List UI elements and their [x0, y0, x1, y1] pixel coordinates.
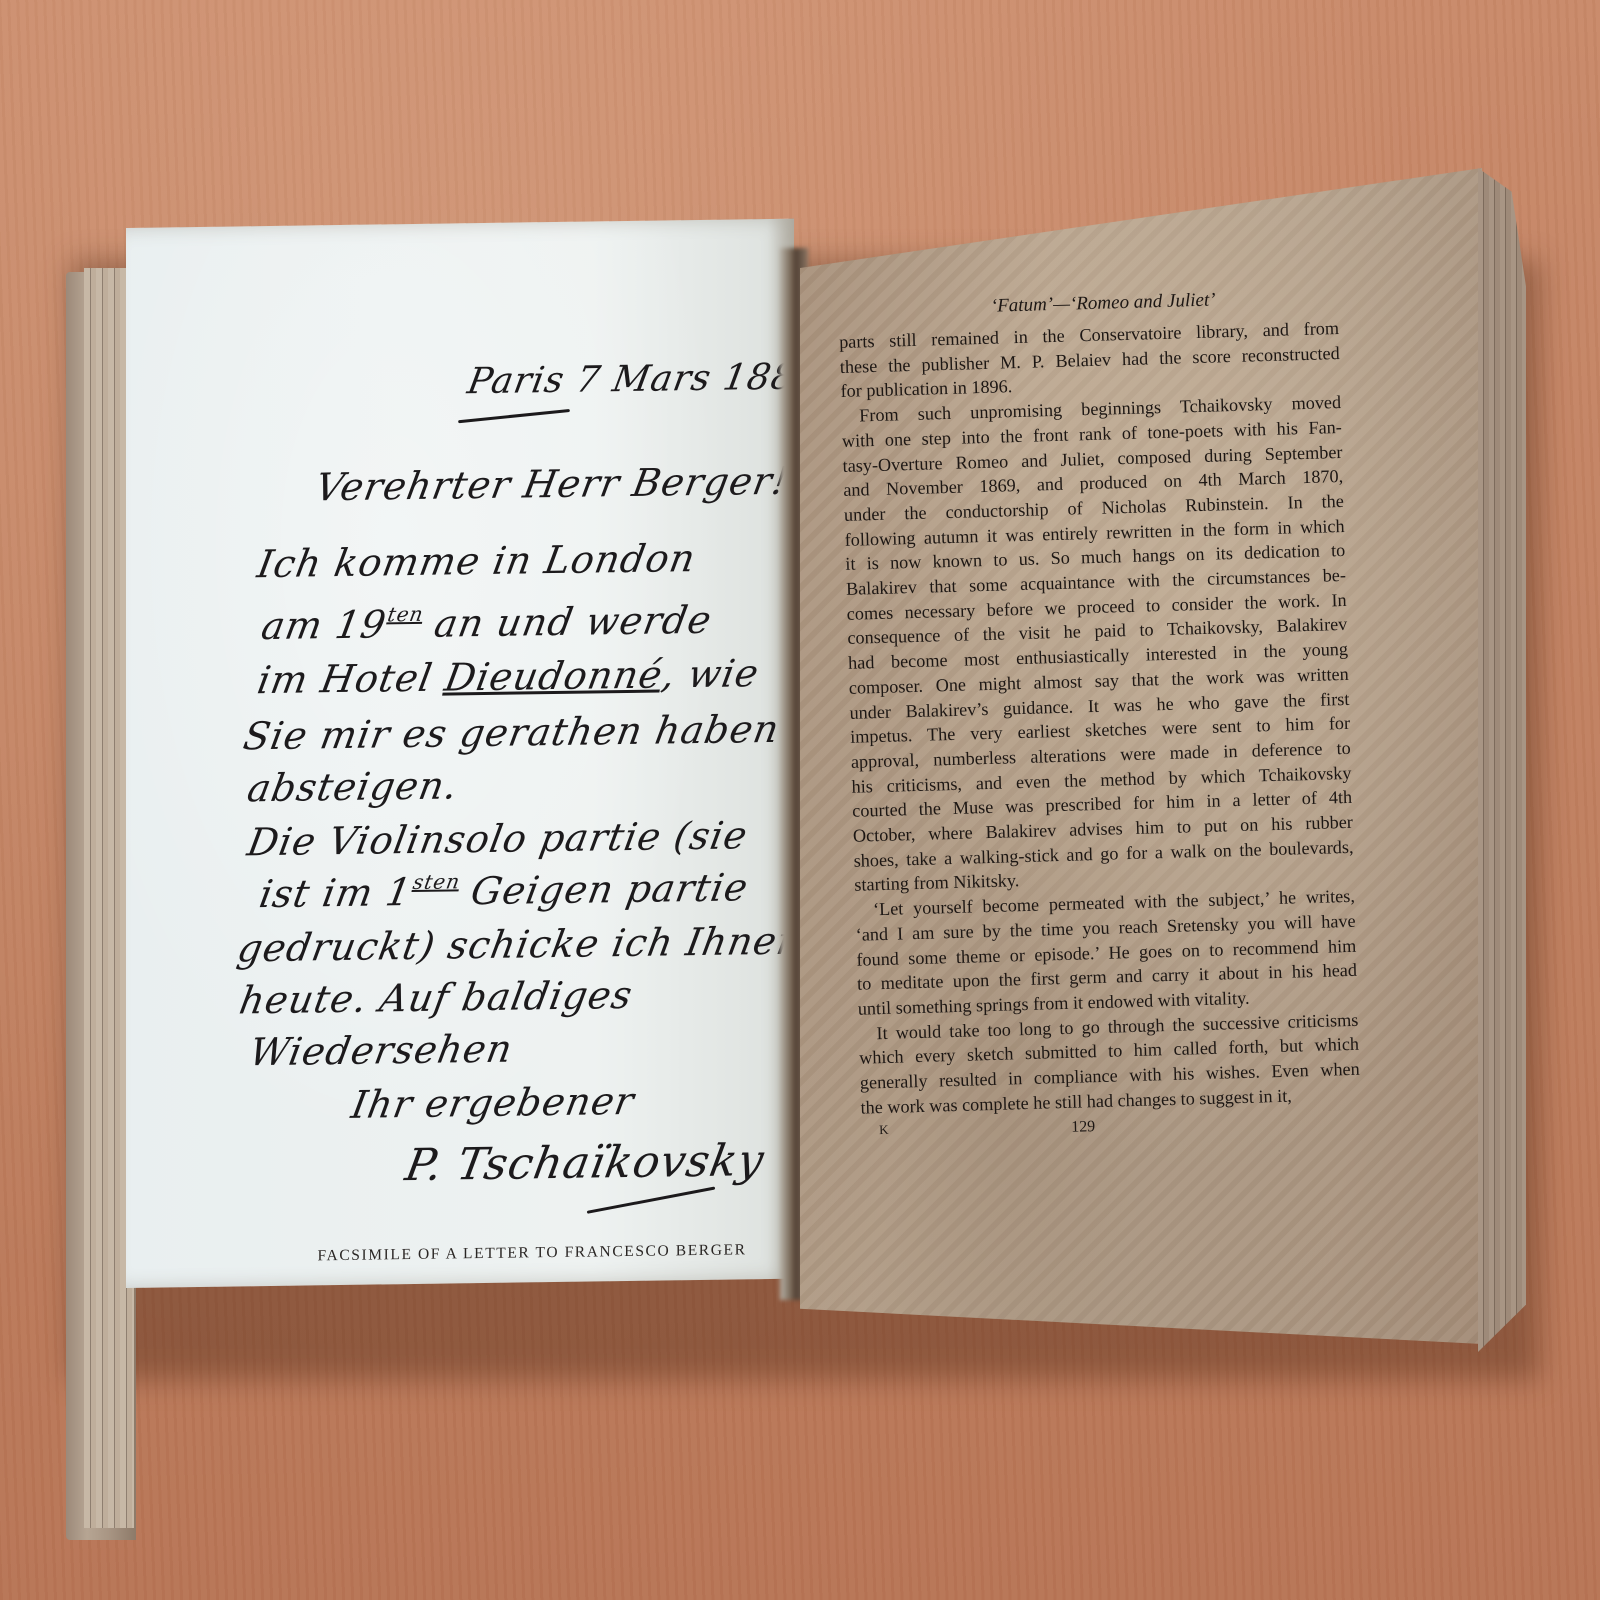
letter-line: am 19ten an und werde	[258, 598, 715, 648]
letter-line: Die Violinsolo partie (sie	[244, 813, 751, 864]
letter-line: Sie mir es gerathen haben	[240, 707, 783, 759]
letter-line: absteigen.	[244, 763, 462, 810]
body-paragraphs: parts still remained in the Conservatoir…	[839, 316, 1361, 1120]
paragraph: From such unpromising beginnings Tchaiko…	[841, 390, 1355, 898]
page-edges-right	[1478, 168, 1526, 1352]
letter-salutation: Verehrter Herr Berger!	[312, 459, 792, 510]
letter-line: Ich komme in London	[254, 536, 699, 586]
printer-signature-mark: K	[879, 1121, 889, 1137]
left-page-facsimile: Paris 7 Mars 1888 Verehrter Herr Berger!…	[126, 219, 794, 1288]
paragraph: It would take too long to go through the…	[858, 1007, 1361, 1120]
paragraph: ‘Let yourself become permeated with the …	[855, 884, 1358, 1021]
letter-line: ist im 1sten Geigen partie	[256, 865, 752, 916]
letter-signature: P. Tschaïkovsky	[402, 1135, 769, 1191]
letter-line: Wiedersehen	[246, 1027, 516, 1075]
letter-line: im Hotel Dieudonné, wie	[254, 651, 763, 702]
facsimile-caption: FACSIMILE OF A LETTER TO FRANCESCO BERGE…	[272, 1241, 792, 1266]
signature-flourish	[587, 1187, 716, 1214]
letter-line: heute. Auf baldiges	[236, 973, 636, 1023]
paragraph: parts still remained in the Conservatoir…	[839, 316, 1341, 404]
letter-closing: Ihr ergebener	[348, 1079, 638, 1127]
letter-date-line: Paris 7 Mars 1888	[464, 356, 822, 402]
page-number: 129	[1071, 1118, 1095, 1137]
letter-line: gedruckt) schicke ich Ihnen	[234, 918, 806, 970]
printed-text-block: ‘Fatum’—‘Romeo and Juliet’ parts still r…	[838, 286, 1361, 1148]
date-underline	[458, 409, 570, 423]
